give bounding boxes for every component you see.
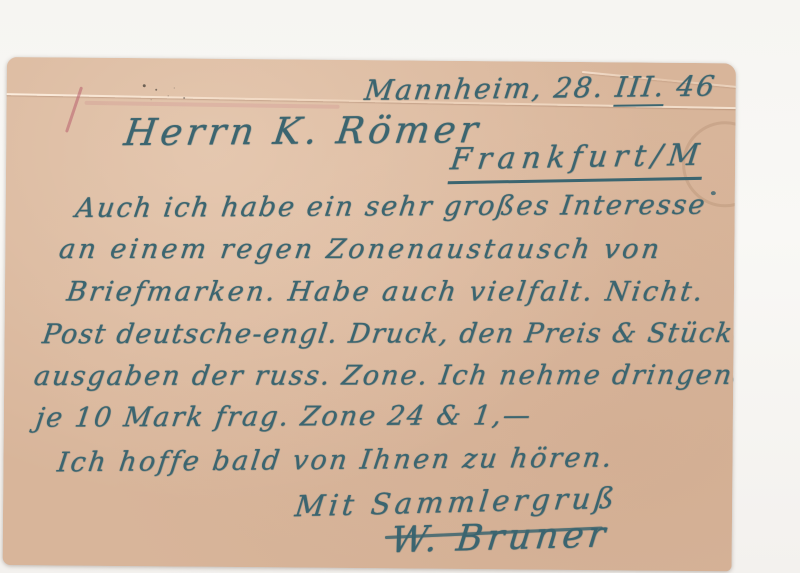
destination-line: Frankfurt/M xyxy=(448,138,707,185)
recipient-line: Herrn K. Römer xyxy=(122,108,485,154)
body-line: Briefmarken. Habe auch vielfalt. Nicht. xyxy=(65,276,707,307)
ink-speckles xyxy=(143,84,146,87)
dateline-month: III. xyxy=(613,70,668,107)
red-pencil-mark xyxy=(65,86,83,132)
body-line: Post deutsche-engl. Druck, den Preis & S… xyxy=(40,318,736,350)
photo-background: Mannheim, 28. III. 46 Herrn K. Römer Fra… xyxy=(0,0,800,573)
dateline: Mannheim, 28. III. 46 xyxy=(363,69,719,106)
body-line: Auch ich habe ein sehr großes Interesse xyxy=(74,190,709,224)
dateline-year: 46 xyxy=(674,69,718,103)
body-line: je 10 Mark frag. Zone 24 & 1,— xyxy=(34,400,534,434)
pink-smudge xyxy=(85,101,340,109)
dateline-city: Mannheim, xyxy=(363,72,546,107)
body-line: an einem regen Zonenaustausch von xyxy=(57,234,664,265)
ink-dot xyxy=(711,191,716,195)
dateline-day: 28. xyxy=(552,71,607,105)
body-line: ausgaben der russ. Zone. Ich nehme dring… xyxy=(32,360,736,392)
body-line: Ich hoffe bald von Ihnen zu hören. xyxy=(55,442,615,478)
signature: W. Bruner xyxy=(389,514,612,561)
postcard: Mannheim, 28. III. 46 Herrn K. Römer Fra… xyxy=(3,57,736,571)
